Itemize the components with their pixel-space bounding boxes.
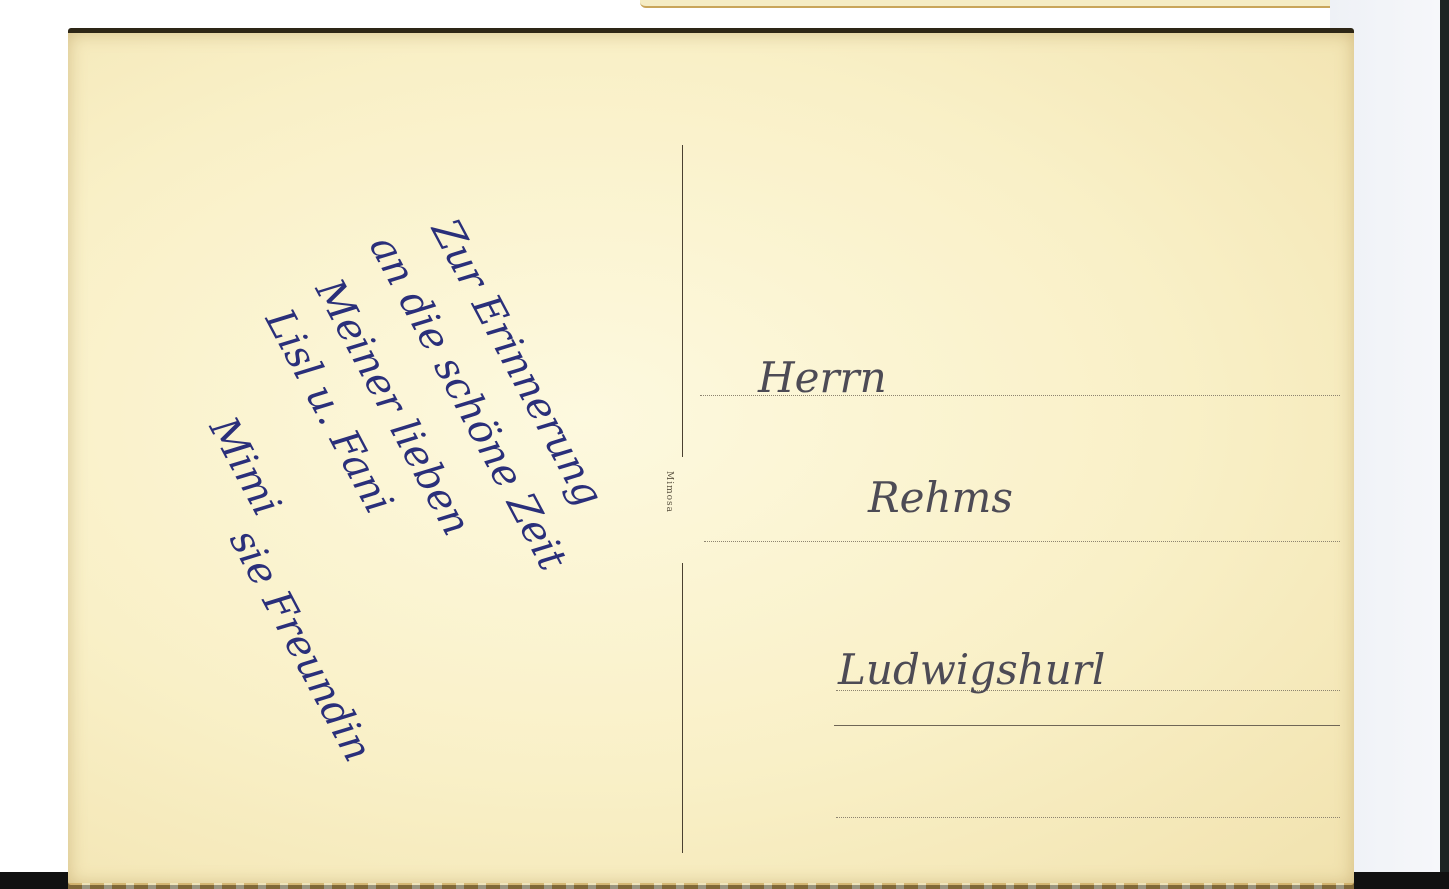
message-line-5: Mimi bbox=[203, 411, 287, 522]
adjacent-card-edge bbox=[640, 0, 1340, 8]
message-line-6: sie Freundin bbox=[223, 523, 378, 768]
center-divider-top bbox=[682, 145, 683, 457]
address-name: Rehms bbox=[868, 473, 1013, 522]
address-city: Ludwigshurl bbox=[838, 645, 1105, 694]
scanner-edge bbox=[1440, 0, 1449, 889]
address-line-4 bbox=[836, 817, 1340, 818]
address-salutation: Herrn bbox=[758, 353, 887, 402]
publisher-imprint: Mimosa bbox=[664, 471, 674, 513]
postcard: Mimosa Herrn Rehms Ludwigshurl Zur Erinn… bbox=[68, 28, 1354, 885]
address-underline bbox=[834, 725, 1340, 726]
center-divider-bottom bbox=[682, 563, 683, 853]
address-line-2 bbox=[704, 541, 1340, 542]
